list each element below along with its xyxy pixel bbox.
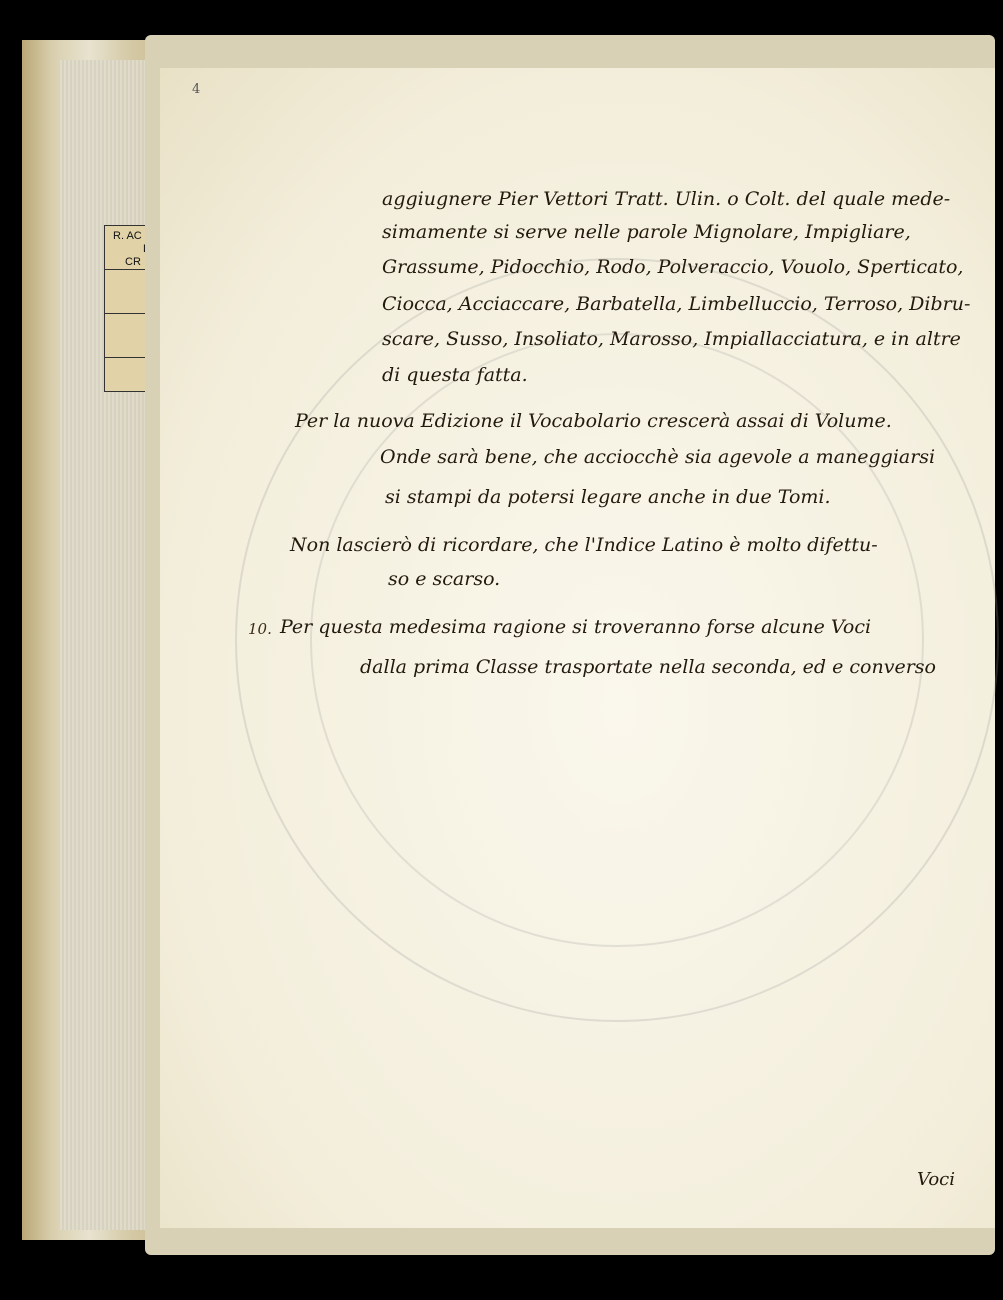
text-line: Per la nuova Edizione il Vocabolario cre… <box>295 410 892 432</box>
text-line: si stampi da potersi legare anche in due… <box>385 486 831 508</box>
text-line: di questa fatta. <box>382 364 528 386</box>
margin-number: 10. <box>248 620 272 638</box>
bleed-through-text <box>200 748 960 896</box>
text-line: Per questa medesima ragione si troverann… <box>280 616 871 638</box>
text-line: Non lascierò di ricordare, che l'Indice … <box>290 534 878 556</box>
manuscript-page: 4 aggiugnere Pier Vettori Tratt. Ulin. o… <box>160 68 995 1228</box>
text-line: aggiugnere Pier Vettori Tratt. Ulin. o C… <box>382 188 950 210</box>
catchword: Voci <box>917 1169 955 1190</box>
text-line: Grassume, Pidocchio, Rodo, Polveraccio, … <box>382 256 963 278</box>
text-line: simamente si serve nelle parole Mignolar… <box>382 221 911 243</box>
text-line: scare, Susso, Insoliato, Marosso, Impial… <box>382 328 961 350</box>
text-line: so e scarso. <box>388 568 500 590</box>
text-line: dalla prima Classe trasportate nella sec… <box>360 656 936 678</box>
text-line: Onde sarà bene, che acciocchè sia agevol… <box>380 446 935 468</box>
text-line: Ciocca, Acciaccare, Barbatella, Limbellu… <box>382 293 970 315</box>
page-number: 4 <box>192 82 200 97</box>
